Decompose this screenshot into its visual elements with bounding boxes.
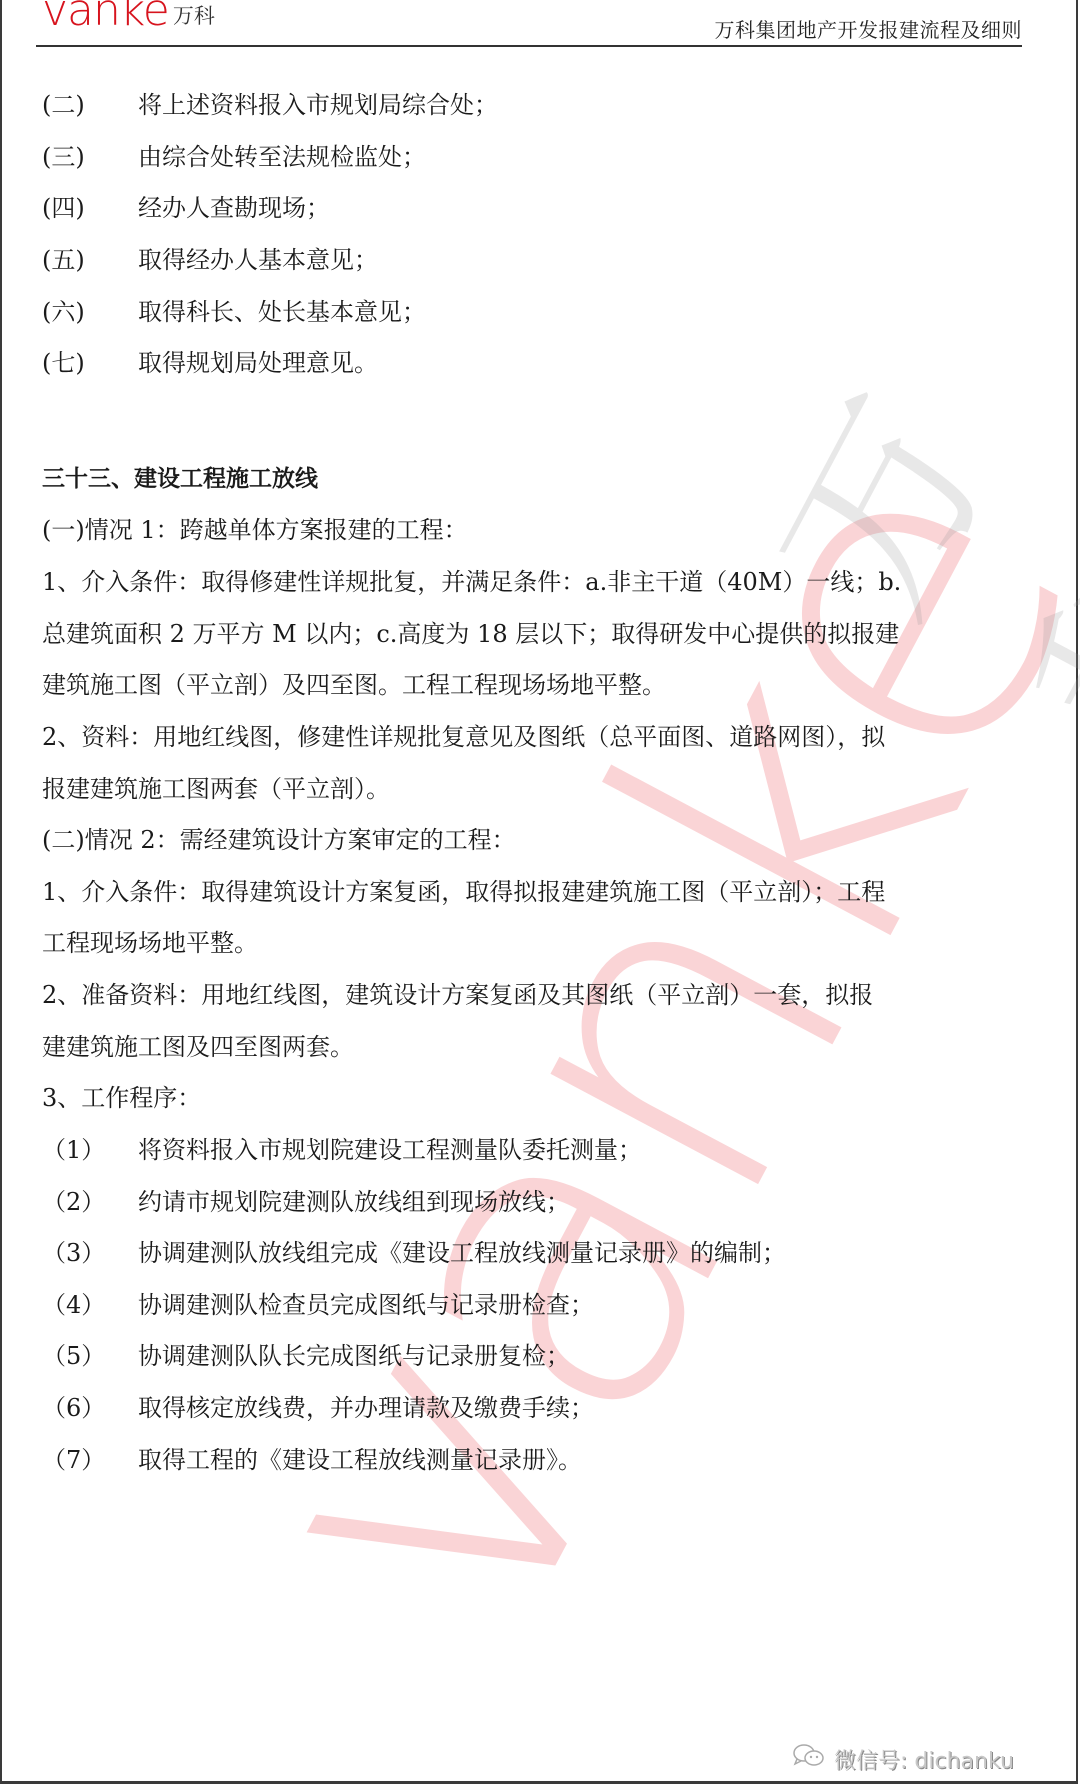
paragraph-line: 建筑施工图（平立剖）及四至图。工程工程现场场地平整。	[42, 670, 666, 700]
procedure-step: （7）取得工程的《建设工程放线测量记录册》。	[42, 1445, 582, 1475]
procedure-step: （2）约请市规划院建测队放线组到现场放线；	[42, 1187, 570, 1217]
procedure-step: （3）协调建测队放线组完成《建设工程放线测量记录册》的编制；	[42, 1238, 786, 1268]
list-item: (五)取得经办人基本意见；	[42, 245, 378, 275]
logo-cn: 万科	[173, 0, 215, 30]
list-item: (七)取得规划局处理意见。	[42, 348, 378, 378]
vanke-logo: vanke 万科	[42, 0, 215, 36]
list-item: (四)经办人查勘现场；	[42, 193, 330, 223]
case1-title: (一)情况 1：跨越单体方案报建的工程：	[42, 515, 468, 545]
section-heading: 三十三、建设工程施工放线	[42, 464, 318, 494]
page-header: vanke 万科 万科集团地产开发报建流程及细则	[0, 0, 1080, 50]
document-title: 万科集团地产开发报建流程及细则	[715, 14, 1023, 43]
paragraph-line: 工程现场场地平整。	[42, 928, 258, 958]
wechat-watermark: 微信号: dichanku	[792, 1742, 1014, 1776]
wechat-id-label: 微信号: dichanku	[834, 1744, 1014, 1775]
procedure-step: （6）取得核定放线费，并办理请款及缴费手续；	[42, 1393, 594, 1423]
paragraph-line: 1、介入条件：取得建筑设计方案复函，取得拟报建建筑施工图（平立剖）；工程	[42, 877, 885, 907]
procedure-step: （5）协调建测队队长完成图纸与记录册复检；	[42, 1341, 570, 1371]
procedure-step: （1）将资料报入市规划院建设工程测量队委托测量；	[42, 1135, 642, 1165]
list-item: (三)由综合处转至法规检监处；	[42, 142, 426, 172]
list-item: (二)将上述资料报入市规划局综合处；	[42, 90, 498, 120]
paragraph-line: 2、准备资料：用地红线图，建筑设计方案复函及其图纸（平立剖）一套，拟报	[42, 980, 873, 1010]
header-divider	[36, 45, 1022, 47]
logo-latin: vanke	[42, 0, 169, 36]
paragraph-line: 建建筑施工图及四至图两套。	[42, 1032, 354, 1062]
wechat-icon	[792, 1742, 834, 1776]
case2-title: (二)情况 2：需经建筑设计方案审定的工程：	[42, 825, 516, 855]
paragraph-line: 总建筑面积 2 万平方 M 以内；c.高度为 18 层以下；取得研发中心提供的拟…	[42, 619, 899, 649]
list-item: (六)取得科长、处长基本意见；	[42, 297, 426, 327]
paragraph-line: 2、资料：用地红线图，修建性详规批复意见及图纸（总平面图、道路网图），拟	[42, 722, 885, 752]
paragraph-line: 1、介入条件：取得修建性详规批复，并满足条件：a.非主干道（40M）一线；b.	[42, 567, 901, 597]
procedure-title: 3、工作程序：	[42, 1083, 201, 1113]
paragraph-line: 报建建筑施工图两套（平立剖）。	[42, 774, 390, 804]
procedure-step: （4）协调建测队检查员完成图纸与记录册检查；	[42, 1290, 594, 1320]
